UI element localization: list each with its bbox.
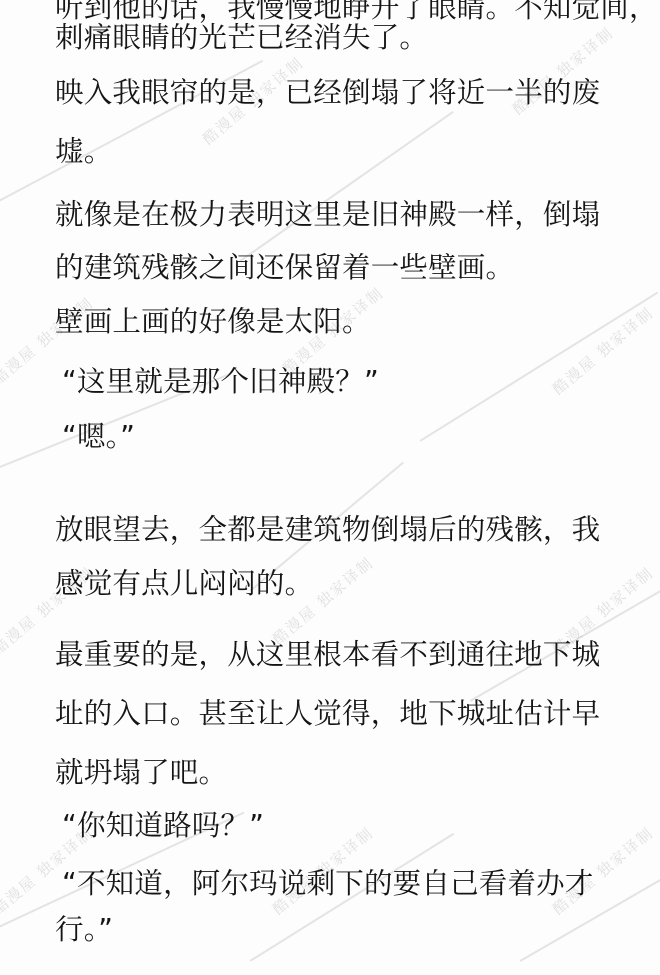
dialogue-line: “不知道，阿尔玛说剩下的要自己看着办才	[62, 867, 594, 901]
paragraph-line: 放眼望去，全都是建筑物倒塌后的残骸，我	[55, 513, 600, 547]
dialogue-line: “这里就是那个旧神殿？”	[62, 365, 379, 399]
watermark-stroke	[420, 292, 658, 442]
paragraph-line: 的建筑残骸之间还保留着一些壁画。	[55, 251, 514, 285]
novel-page: 酷漫屋 独家译制 酷漫屋 独家译制 酷漫屋 独家译制 酷漫屋 独家译制 酷漫屋 …	[0, 0, 660, 975]
paragraph-line: 址的入口。甚至让人觉得，地下城址估计早	[55, 697, 600, 731]
watermark-text: 酷漫屋 独家译制	[548, 302, 658, 399]
paragraph-line: 就坍塌了吧。	[55, 756, 227, 790]
dialogue-line: “嗯。”	[62, 420, 135, 454]
dialogue-line: 行。”	[55, 913, 113, 947]
paragraph-line: 壁画上画的好像是太阳。	[55, 305, 371, 339]
paragraph-line: 墟。	[55, 135, 112, 169]
watermark-stroke	[240, 111, 454, 261]
paragraph-line: 就像是在极力表明这里是旧神殿一样，倒塌	[55, 198, 600, 232]
paragraph-line: 映入我眼帘的是，已经倒塌了将近一半的废	[55, 76, 600, 110]
paragraph-line: 最重要的是，从这里根本看不到通往地下城	[55, 638, 600, 672]
paragraph-line: 刺痛眼睛的光芒已经消失了。	[55, 21, 428, 55]
dialogue-line: “你知道路吗？”	[62, 809, 264, 843]
paragraph-line: 感觉有点儿闷闷的。	[55, 567, 313, 601]
